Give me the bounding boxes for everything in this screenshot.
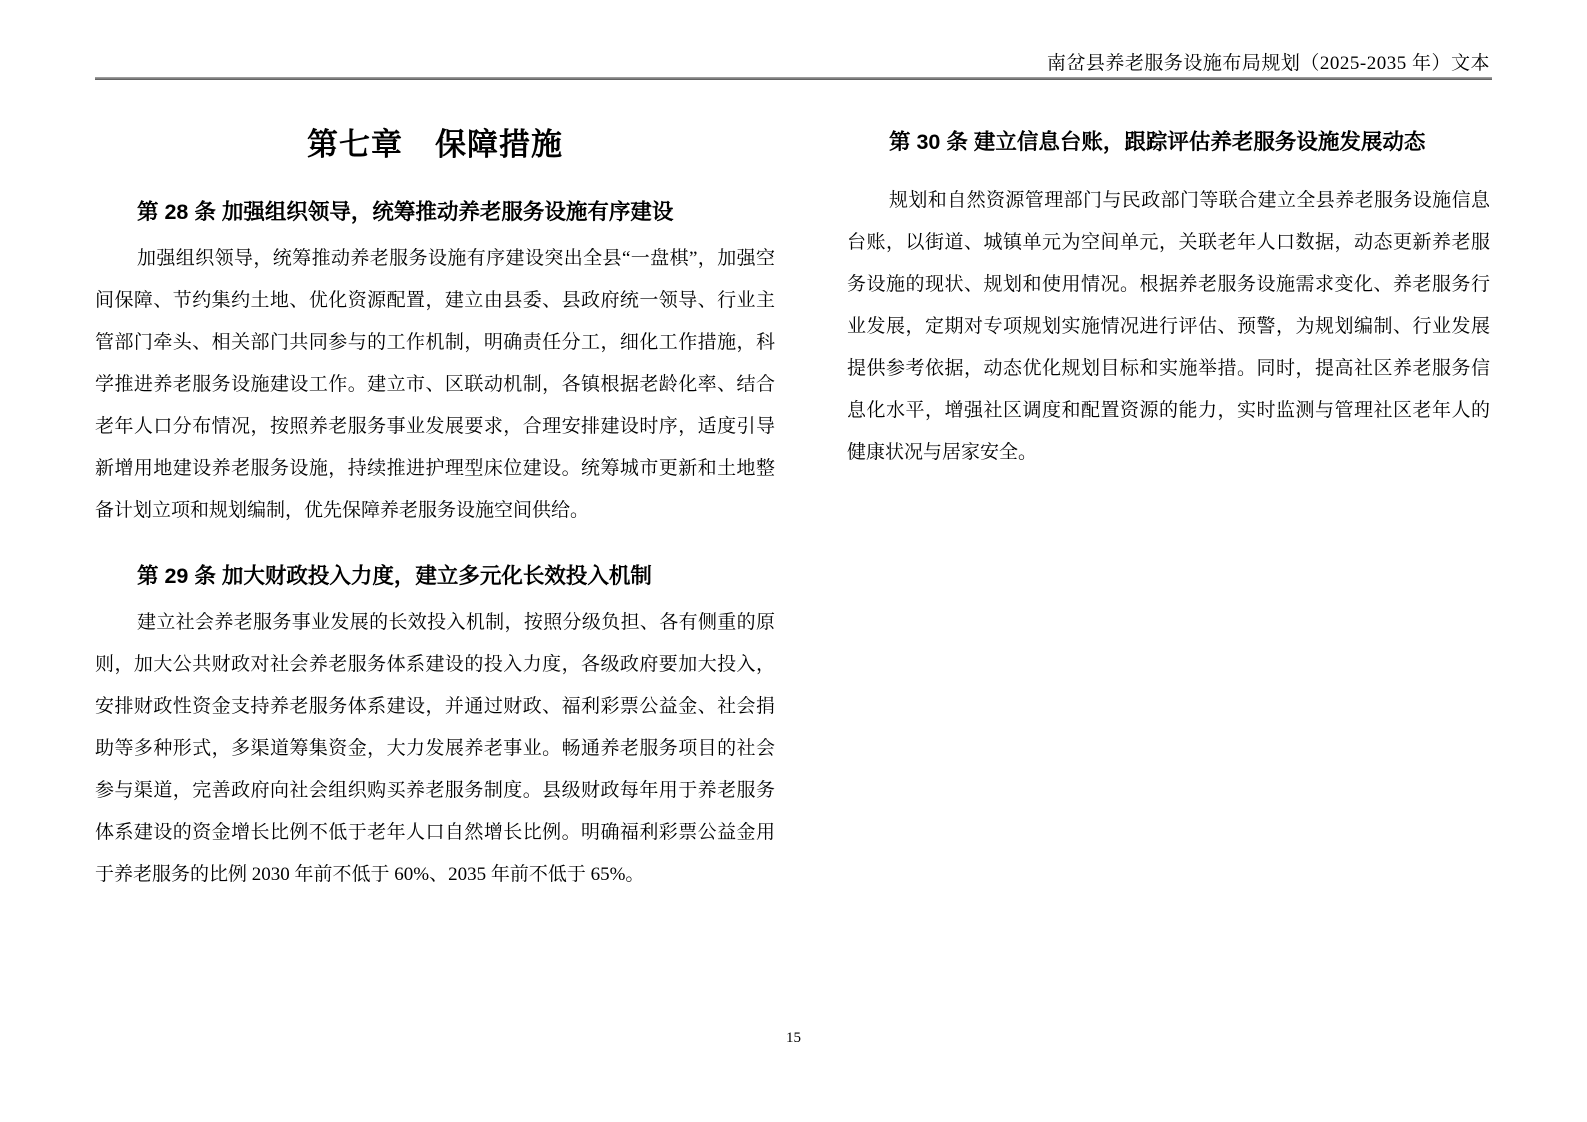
section-heading-article-29: 第 29 条 加大财政投入力度，建立多元化长效投入机制 <box>95 562 775 590</box>
article-29-paragraph: 建立社会养老服务事业发展的长效投入机制，按照分级负担、各有侧重的原则，加大公共财… <box>95 602 775 896</box>
header-rule-divider <box>95 77 1492 80</box>
chapter-title: 第七章 保障措施 <box>95 124 775 166</box>
section-heading-article-30: 第 30 条 建立信息台账，跟踪评估养老服务设施发展动态 <box>847 128 1490 156</box>
article-30-paragraph: 规划和自然资源管理部门与民政部门等联合建立全县养老服务设施信息台账，以街道、城镇… <box>847 180 1490 474</box>
article-28-paragraph: 加强组织领导，统筹推动养老服务设施有序建设突出全县“一盘棋”，加强空间保障、节约… <box>95 238 775 532</box>
left-column: 第七章 保障措施 第 28 条 加强组织领导，统筹推动养老服务设施有序建设 加强… <box>95 110 775 896</box>
section-heading-article-28: 第 28 条 加强组织领导，统筹推动养老服务设施有序建设 <box>95 198 775 226</box>
right-column: 第 30 条 建立信息台账，跟踪评估养老服务设施发展动态 规划和自然资源管理部门… <box>847 110 1490 896</box>
running-header: 南岔县养老服务设施布局规划（2025-2035 年）文本 <box>95 48 1490 75</box>
two-column-layout: 第七章 保障措施 第 28 条 加强组织领导，统筹推动养老服务设施有序建设 加强… <box>95 110 1490 896</box>
page-number: 15 <box>0 1030 1587 1047</box>
